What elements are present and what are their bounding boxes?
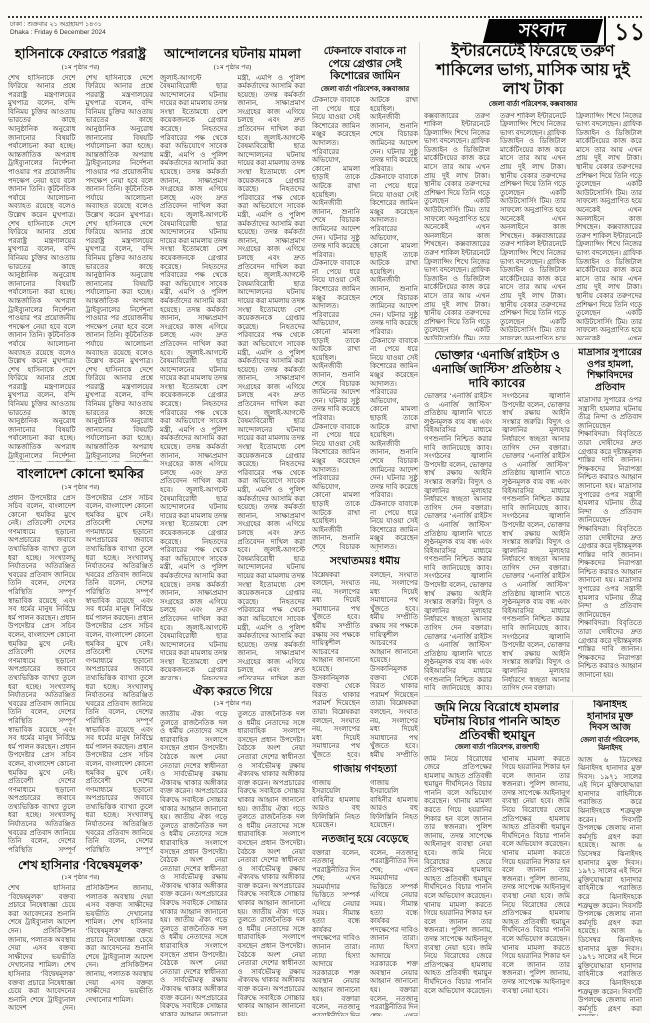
story-gaza-gonohotta: গাজায় গণহত্যা গাজায় ইসরায়েলি বাহিনীর … bbox=[312, 764, 418, 830]
story-body: কক্সবাজারের তরুণ শাকিল ইন্টারনেটে ফ্রিল্… bbox=[424, 112, 642, 341]
story-madrasa-hamla: মাদ্রাসার সুপারের ওপর হামলা, শিক্ষাবিদদে… bbox=[578, 348, 642, 692]
story-teknaf-jamin: টেকনাফে বাবাকে না পেয়ে গ্রেপ্তার সেই কি… bbox=[312, 46, 418, 552]
masthead-logo: সংবাদ bbox=[483, 19, 603, 43]
story-songhatmoy: সংঘাতময়ঃ ধর্মীয় বিশ্লেষকরা বলছেন, সংঘা… bbox=[312, 556, 418, 760]
right-section-rule-1 bbox=[424, 343, 642, 344]
section-vertical-rule bbox=[419, 42, 420, 1016]
dateline: জেলা বার্তা পরিবেশক, কক্সবাজার bbox=[424, 101, 642, 110]
newspaper-page: ঢাকা : শুক্রবার ২১ অগ্রহায়ণ ১৪৩১ Dhaka … bbox=[0, 0, 650, 1023]
story-body: আজ ৬ ডিসেম্বর ঝিনাইদহ হানাদার মুক্ত দিবস… bbox=[578, 756, 642, 1017]
right-column-rule-1 bbox=[572, 348, 573, 692]
headline: সংঘাতময়ঃ ধর্মীয় bbox=[312, 556, 418, 569]
headline: ভোক্তার ‘এনার্জি রাইটস ও এনার্জি জাস্টিস… bbox=[424, 348, 570, 390]
headline: শেখ হাসিনার ‘বিদ্বেষমূলক’ bbox=[8, 858, 153, 872]
story-body: বক্তারা বলেন, নতজানু পররাষ্ট্রনীতির দিন … bbox=[312, 849, 418, 1017]
story-oikko: ঐক্য করতে গিয়ে (১ম পৃষ্ঠার পর) জাতীয় ঐ… bbox=[160, 684, 305, 1016]
story-body: শেখ হাসিনার ‘বিদ্বেষমূলক’ বক্তব্য প্রচার… bbox=[8, 884, 153, 1016]
headline: ইন্টারনেটেই ফিরেছে তরুণ শাকিলের ভাগ্য, ম… bbox=[424, 42, 642, 99]
right-column-rule-2 bbox=[572, 700, 573, 1012]
story-body: টেকনাফে বাবাকে না পেয়ে ধরে নিয়ে যাওয়া… bbox=[312, 96, 418, 552]
headline: আন্দোলনের ঘটনায় মামলা bbox=[160, 46, 305, 62]
continued-from-page1: (১ম পৃষ্ঠার পর) bbox=[8, 874, 153, 882]
story-bangladesh-humki: বাংলাদেশ কোনো হুমকির (১ম পৃষ্ঠার পর) প্র… bbox=[8, 466, 153, 854]
story-body: ভোক্তার ‘এনার্জি রাইটস ও এনার্জি জাস্টিস… bbox=[424, 392, 570, 692]
right-section-rule-2 bbox=[424, 696, 642, 697]
headline: মাদ্রাসার সুপারের ওপর হামলা, শিক্ষাবিদদে… bbox=[578, 348, 642, 394]
continued-from-page1: (১ম পৃষ্ঠার পর) bbox=[160, 700, 305, 708]
story-body: প্রধান উপদেষ্টার প্রেস সচিব বলেন, বাংলাদ… bbox=[8, 494, 153, 855]
edition-date-english: Dhaka : Friday 6 December 2024 bbox=[10, 29, 106, 37]
continued-from-page1: (১ম পৃষ্ঠার পর) bbox=[8, 484, 153, 492]
story-jomi-birodh: জমি নিয়ে বিরোধে হামলার ঘটনায় বিচার পান… bbox=[424, 700, 570, 1016]
edition-date-bengali: ঢাকা : শুক্রবার ২১ অগ্রহায়ণ ১৪৩১ bbox=[10, 21, 106, 29]
continued-from-page1: (১ম পৃষ্ঠার পর) bbox=[160, 64, 305, 72]
story-body: মাদ্রাসার সুপারের ওপর সন্ত্রাসী হামলার ঘ… bbox=[578, 396, 642, 692]
continued-from-page1: (১ম পৃষ্ঠার পর) bbox=[8, 64, 153, 72]
story-energy-rights: ভোক্তার ‘এনার্জি রাইটস ও এনার্জি জাস্টিস… bbox=[424, 348, 570, 692]
story-body: শেখ হাসিনাকে দেশে ফিরিয়ে আনার প্রশ্নে প… bbox=[8, 74, 153, 463]
story-jhenaidah-dibosh: ঝিনাইদহ হানাদার মুক্ত দিবস আজ জেলা বার্ত… bbox=[578, 700, 642, 1016]
story-notojanu: নতজানু হয়ে বেড়েছে বক্তারা বলেন, নতজানু… bbox=[312, 834, 418, 1016]
dateline: জেলা বার্তা পরিবেশক, কক্সবাজার bbox=[312, 86, 418, 95]
headline: হাসিনাকে ফেরাতে পররাষ্ট্র bbox=[8, 46, 153, 62]
story-hasina-ferate: হাসিনাকে ফেরাতে পররাষ্ট্র (১ম পৃষ্ঠার পর… bbox=[8, 46, 153, 462]
story-body: জাতীয় ঐক্য গড়ে তুলতে রাজনৈতিক দল ও ধর্… bbox=[160, 710, 305, 1016]
edition-dateline: ঢাকা : শুক্রবার ২১ অগ্রহায়ণ ১৪৩১ Dhaka … bbox=[10, 21, 106, 37]
headline: বাংলাদেশ কোনো হুমকির bbox=[8, 466, 153, 482]
headline: ঐক্য করতে গিয়ে bbox=[160, 684, 305, 698]
story-body: গাজায় ইসরায়েলি বাহিনীর হামলায় আরও বহু… bbox=[312, 779, 418, 831]
story-body: বিশ্লেষকরা বলছেন, সংঘাত নয়, সংলাপের মধ্… bbox=[312, 571, 418, 761]
headline: ঝিনাইদহ হানাদার মুক্ত দিবস আজ bbox=[578, 700, 642, 735]
story-body: জমি নিয়ে বিরোধের জেরে প্রতিপক্ষের হামলা… bbox=[424, 755, 570, 1017]
story-andolon-mamla: আন্দোলনের ঘটনায় মামলা (১ম পৃষ্ঠার পর) জ… bbox=[160, 46, 305, 680]
headline: জমি নিয়ে বিরোধে হামলার ঘটনায় বিচার পান… bbox=[424, 700, 570, 742]
headline: নতজানু হয়ে বেড়েছে bbox=[312, 834, 418, 847]
story-hasina-bidwesh: শেখ হাসিনার ‘বিদ্বেষমূলক’ (১ম পৃষ্ঠার পর… bbox=[8, 858, 153, 1016]
dateline: জেলা বার্তা পরিবেশক, রাজশাহী bbox=[424, 744, 570, 753]
dateline: জেলা বার্তা পরিবেশক, ঝিনাইদহ bbox=[578, 737, 642, 754]
story-body: জুলাই-আগস্টে বৈষম্যবিরোধী ছাত্র আন্দোলনে… bbox=[160, 74, 305, 681]
headline: গাজায় গণহত্যা bbox=[312, 764, 418, 777]
headline: টেকনাফে বাবাকে না পেয়ে গ্রেপ্তার সেই কি… bbox=[312, 46, 418, 84]
story-internet-shakil: ইন্টারনেটেই ফিরেছে তরুণ শাকিলের ভাগ্য, ম… bbox=[424, 42, 642, 340]
